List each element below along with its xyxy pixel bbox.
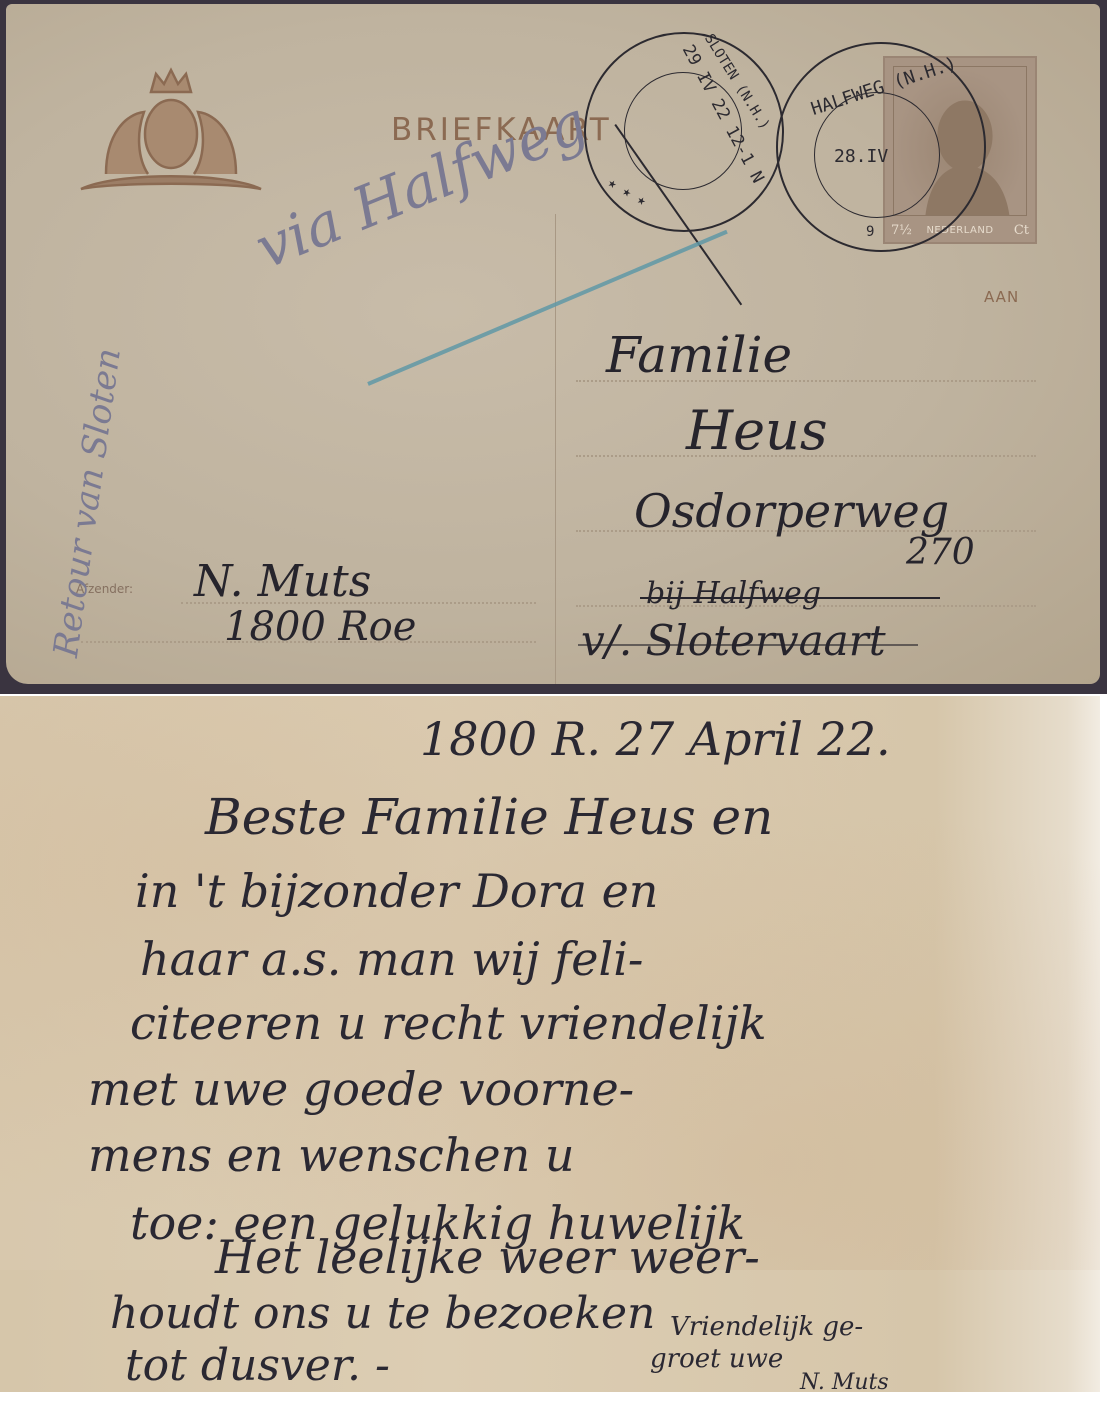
postmark-date: 28.IV — [834, 146, 888, 167]
letter-closing: groet uwe — [650, 1344, 783, 1374]
letter-date-line: 1800 R. 27 April 22. — [420, 712, 891, 766]
address-strikethrough — [640, 597, 940, 599]
letter-line: met uwe goede voorne- — [88, 1062, 634, 1116]
postcard-back-surface: 1800 R. 27 April 22. Beste Familie Heus … — [0, 696, 1100, 1281]
postmark-sloten: 29 IV 22 12-1 N SLOTEN (N.H.) ★ ★ ★ — [584, 32, 784, 232]
address-line: v/. Slotervaart — [581, 616, 886, 665]
letter-line: Beste Familie Heus en — [205, 788, 773, 846]
postmark-halfweg: HALFWEG (N.H.) 28.IV 9 — [776, 42, 986, 252]
postmark-number: 9 — [866, 224, 874, 240]
address-line: bij Halfweg — [646, 576, 821, 611]
letter-line: houdt ons u te bezoeken — [110, 1288, 655, 1339]
letter-signature: N. Muts — [800, 1370, 889, 1395]
letter-line: tot dusver. - — [125, 1340, 390, 1391]
letter-line: haar a.s. man wij feli- — [140, 932, 643, 986]
letter-line: Het leelijke weer weer- — [215, 1230, 760, 1284]
sender-name: N. Muts — [194, 556, 371, 607]
pencil-margin-note: Retour van Sloten — [46, 346, 129, 660]
recipient-label: AAN — [984, 288, 1019, 306]
letter-line: citeeren u recht vriendelijk — [130, 996, 767, 1050]
postcard-back-lower: Het leelijke weer weer- houdt ons u te b… — [0, 1270, 1100, 1392]
postcard-front-surface: BRIEFKAART AAN Afzender: 7½ NEDERLAND Ct — [6, 4, 1100, 684]
address-underline — [578, 644, 918, 646]
sender-address: 1800 Roe — [224, 604, 416, 650]
postmark-stars: ★ ★ ★ — [605, 175, 650, 210]
letter-line: mens en wenschen u — [88, 1128, 574, 1182]
stamp-currency: Ct — [1014, 223, 1029, 238]
letter-line: in 't bijzonder Dora en — [135, 864, 658, 918]
address-line: 270 — [906, 532, 975, 573]
coat-of-arms-icon — [76, 64, 266, 204]
address-line: Osdorperweg — [634, 484, 949, 538]
postcard-front: BRIEFKAART AAN Afzender: 7½ NEDERLAND Ct — [0, 0, 1107, 694]
address-line: Heus — [686, 399, 828, 462]
address-line: Familie — [606, 326, 792, 384]
address-divider — [555, 214, 556, 684]
letter-closing: Vriendelijk ge- — [670, 1312, 863, 1342]
